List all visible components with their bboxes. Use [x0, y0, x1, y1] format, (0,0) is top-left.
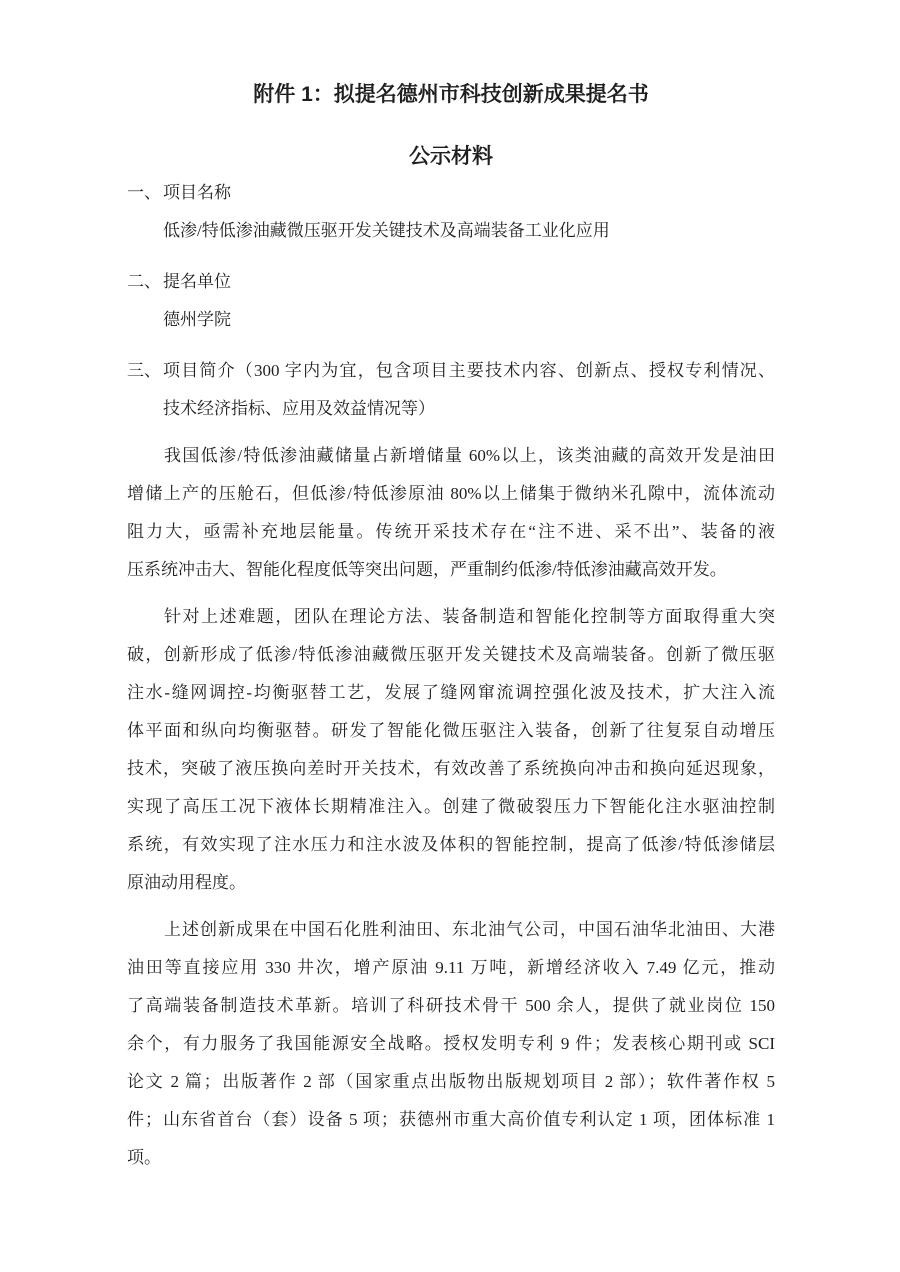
paragraph-line: 针对上述难题，团队在理论方法、装备制造和智能化控制等方面取得重大突 [127, 598, 775, 636]
body-paragraph: 上述创新成果在中国石化胜利油田、东北油气公司，中国石油华北油田、大港油田等直接应… [127, 911, 775, 1177]
paragraph-line: 技术，突破了液压换向差时开关技术，有效改善了系统换向冲击和换向延迟现象， [127, 750, 775, 788]
section-text-line: 低渗/特低渗油藏微压驱开发关键技术及高端装备工业化应用 [163, 212, 775, 250]
paragraph-line: 项。 [127, 1139, 775, 1177]
body-paragraph: 针对上述难题，团队在理论方法、装备制造和智能化控制等方面取得重大突破，创新形成了… [127, 598, 775, 902]
paragraph-line: 余个，有力服务了我国能源安全战略。授权发明专利 9 件；发表核心期刊或 SCI [127, 1025, 775, 1063]
section-item: 三、项目简介（300 字内为宜，包含项目主要技术内容、创新点、授权专利情况、技术… [127, 352, 775, 428]
paragraph-line: 阻力大，亟需补充地层能量。传统开采技术存在“注不进、采不出”、装备的液 [127, 513, 775, 551]
section-marker: 二、 [127, 263, 161, 301]
paragraph-line: 上述创新成果在中国石化胜利油田、东北油气公司，中国石油华北油田、大港 [127, 911, 775, 949]
paragraph-line: 油田等直接应用 330 井次，增产原油 9.11 万吨，新增经济收入 7.49 … [127, 949, 775, 987]
section-marker: 三、 [127, 352, 161, 390]
paragraph-line: 实现了高压工况下液体长期精准注入。创建了微破裂压力下智能化注水驱油控制 [127, 788, 775, 826]
doc-title: 公示材料 [127, 142, 775, 172]
section-heading: 项目名称 [163, 174, 775, 212]
section-heading: 项目简介（300 字内为宜，包含项目主要技术内容、创新点、授权专利情况、 [163, 352, 775, 390]
paragraph-line: 体平面和纵向均衡驱替。研发了智能化微压驱注入装备，创新了往复泵自动增压 [127, 712, 775, 750]
paragraph-line: 了高端装备制造技术革新。培训了科研技术骨干 500 余人，提供了就业岗位 150 [127, 987, 775, 1025]
paragraph-line: 我国低渗/特低渗油藏储量占新增储量 60%以上，该类油藏的高效开发是油田 [127, 437, 775, 475]
document-page: 附件 1：拟提名德州市科技创新成果提名书 公示材料 一、项目名称低渗/特低渗油藏… [0, 0, 900, 1272]
paragraph-line: 原油动用程度。 [127, 864, 775, 902]
section-marker: 一、 [127, 174, 161, 212]
paragraphs-container: 我国低渗/特低渗油藏储量占新增储量 60%以上，该类油藏的高效开发是油田增储上产… [127, 437, 775, 1177]
paragraph-line: 破，创新形成了低渗/特低渗油藏微压驱开发关键技术及高端装备。创新了微压驱 [127, 636, 775, 674]
section-item: 二、提名单位德州学院 [127, 263, 775, 339]
paragraph-line: 论文 2 篇；出版著作 2 部（国家重点出版物出版规划项目 2 部）；软件著作权… [127, 1063, 775, 1101]
paragraph-line: 压系统冲击大、智能化程度低等突出问题，严重制约低渗/特低渗油藏高效开发。 [127, 551, 775, 589]
paragraph-line: 增储上产的压舱石，但低渗/特低渗原油 80%以上储集于微纳米孔隙中，流体流动 [127, 475, 775, 513]
paragraph-line: 件；山东省首台（套）设备 5 项；获德州市重大高价值专利认定 1 项，团体标准 … [127, 1101, 775, 1139]
section-item: 一、项目名称低渗/特低渗油藏微压驱开发关键技术及高端装备工业化应用 [127, 174, 775, 250]
paragraph-line: 注水-缝网调控-均衡驱替工艺，发展了缝网窜流调控强化波及技术，扩大注入流 [127, 674, 775, 712]
sections-container: 一、项目名称低渗/特低渗油藏微压驱开发关键技术及高端装备工业化应用二、提名单位德… [127, 174, 775, 428]
paragraph-line: 系统，有效实现了注水压力和注水波及体积的智能控制，提高了低渗/特低渗储层 [127, 826, 775, 864]
section-text-line: 德州学院 [163, 301, 775, 339]
section-text-line: 技术经济指标、应用及效益情况等） [163, 390, 775, 428]
attachment-title: 附件 1：拟提名德州市科技创新成果提名书 [127, 80, 775, 110]
section-heading: 提名单位 [163, 263, 775, 301]
body-paragraph: 我国低渗/特低渗油藏储量占新增储量 60%以上，该类油藏的高效开发是油田增储上产… [127, 437, 775, 589]
